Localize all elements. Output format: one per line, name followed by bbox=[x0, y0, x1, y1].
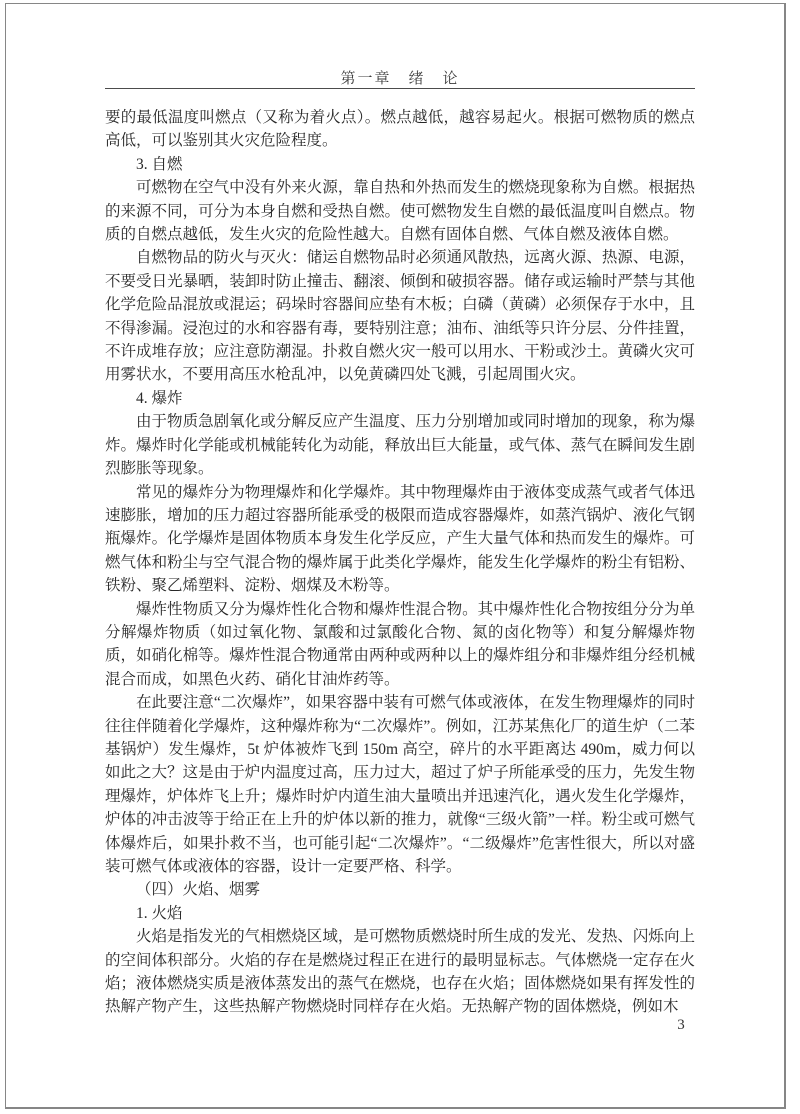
section-heading: 1. 火焰 bbox=[105, 902, 695, 925]
paragraph: 爆炸性物质又分为爆炸性化合物和爆炸性混合物。其中爆炸性化合物按组分分为单分解爆炸… bbox=[105, 598, 695, 692]
header-rule-divider bbox=[105, 88, 695, 89]
section-heading: 4. 爆炸 bbox=[105, 387, 695, 410]
paragraph: 常见的爆炸分为物理爆炸和化学爆炸。其中物理爆炸由于液体变成蒸气或者气体迅速膨胀，… bbox=[105, 481, 695, 598]
running-head-chapter-title: 第一章 绪 论 bbox=[105, 67, 695, 88]
section-heading: 3. 自燃 bbox=[105, 153, 695, 176]
paragraph: 由于物质急剧氧化或分解反应产生温度、压力分别增加或同时增加的现象，称为爆炸。爆炸… bbox=[105, 410, 695, 480]
paragraph: 可燃物在空气中没有外来火源，靠自热和外热而发生的燃烧现象称为自燃。根据热的来源不… bbox=[105, 176, 695, 246]
section-heading: （四）火焰、烟雾 bbox=[105, 878, 695, 901]
book-page: 第一章 绪 论 要的最低温度叫燃点（又称为着火点）。燃点越低，越容易起火。根据可… bbox=[0, 0, 800, 1114]
page-number: 3 bbox=[671, 1017, 691, 1034]
paragraph: 火焰是指发光的气相燃烧区域，是可燃物质燃烧时所生成的发光、发热、闪烁向上的空间体… bbox=[105, 925, 695, 1019]
paragraph: 自燃物品的防火与灭火：储运自燃物品时必须通风散热，远离火源、热源、电源，不要受日… bbox=[105, 246, 695, 386]
body-text: 要的最低温度叫燃点（又称为着火点）。燃点越低，越容易起火。根据可燃物质的燃点高低… bbox=[105, 106, 695, 1019]
paragraph: 要的最低温度叫燃点（又称为着火点）。燃点越低，越容易起火。根据可燃物质的燃点高低… bbox=[105, 106, 695, 153]
paragraph: 在此要注意“二次爆炸”，如果容器中装有可燃气体或液体，在发生物理爆炸的同时往往伴… bbox=[105, 691, 695, 878]
